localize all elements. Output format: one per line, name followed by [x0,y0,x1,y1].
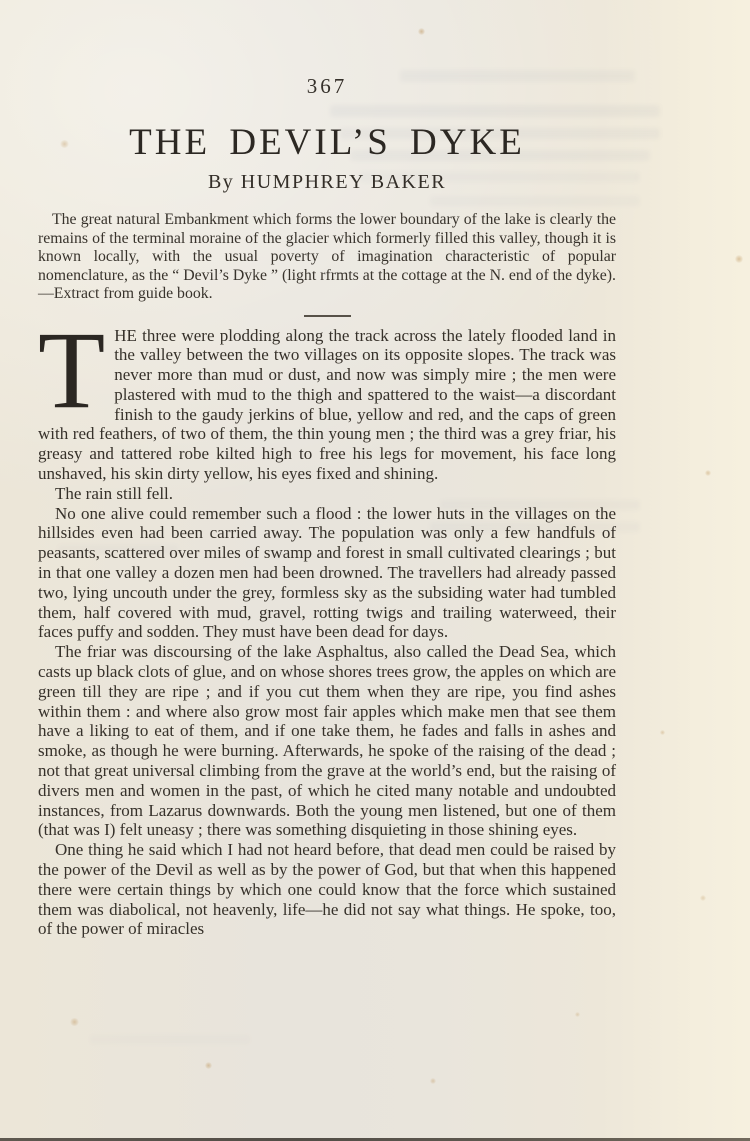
foxing-spot [430,1078,436,1084]
foxing-spot [660,730,665,735]
foxing-spot [700,895,706,901]
foxing-spot [735,255,743,263]
foxing-spot [575,1012,580,1017]
page-number: 367 [38,74,616,99]
epigraph: The great natural Embankment which forms… [38,211,616,304]
text-column: 367 THE DEVIL’S DYKE By HUMPHREY BAKER T… [38,0,616,939]
foxing-spot [70,1018,79,1026]
page-title: THE DEVIL’S DYKE [38,121,616,164]
section-divider-rule [304,315,351,317]
paragraph: One thing he said which I had not heard … [38,840,616,939]
foxing-spot [205,1062,212,1069]
paragraph: No one alive could remember such a flood… [38,504,616,643]
show-through-smudge [90,1035,250,1044]
foxing-spot [705,470,711,476]
opening-paragraph: THE three were plodding along the track … [38,326,616,484]
byline: By HUMPHREY BAKER [38,171,616,194]
story-text: THE three were plodding along the track … [38,326,616,940]
paragraph: The friar was discoursing of the lake As… [38,642,616,840]
paragraph: The rain still fell. [38,484,616,504]
opening-paragraph-text: HE three were plodding along the track a… [38,326,616,484]
book-page-scan: 367 THE DEVIL’S DYKE By HUMPHREY BAKER T… [0,0,750,1141]
drop-cap: T [38,331,105,410]
